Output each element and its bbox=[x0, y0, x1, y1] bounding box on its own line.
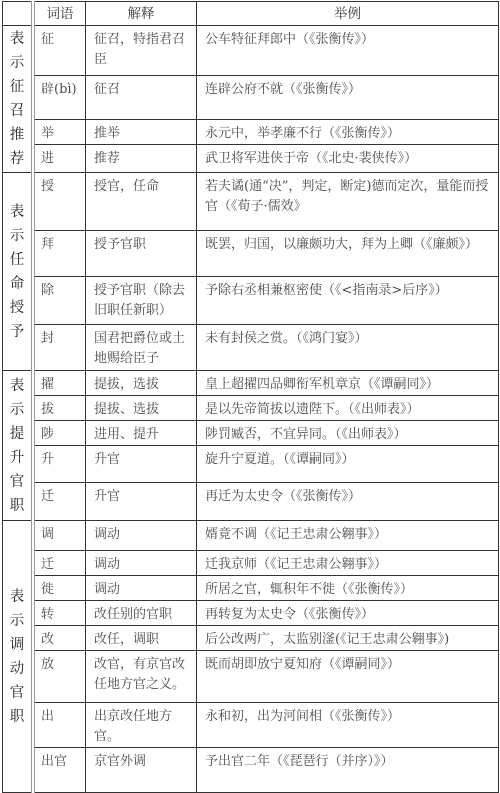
explanation-cell: 京官外调 bbox=[86, 748, 197, 766]
table-row: 进推荐武卫将军进侠于帝（《北史·裴侠传》） bbox=[3, 145, 499, 173]
category-label: 表示调动官职 bbox=[9, 585, 25, 729]
explanation-cell: 改官，有京官改任地方官之义。 bbox=[86, 651, 197, 703]
table-row: 表示提升官职擢提拔，选拔皇上超擢四品卿衔军机章京（《谭嗣同》） bbox=[3, 371, 499, 396]
example-cell: 公车特征拜郎中（《张衡传》） bbox=[197, 26, 499, 76]
word-cell: 封 bbox=[33, 325, 86, 371]
example-cell: 既而胡即放宁夏知府（《谭嗣同》） bbox=[197, 651, 499, 703]
word-cell: 辟(bì) bbox=[33, 76, 86, 120]
explanation-cell: 调动 bbox=[86, 576, 197, 601]
word-cell: 除 bbox=[33, 277, 86, 325]
word-cell: 出官 bbox=[33, 748, 86, 766]
table-row: 表示任命授予授授官，任命若夫谲(通“决”，判定，断定)德而定次，量能而授官（《荀… bbox=[3, 173, 499, 231]
word-cell: 改 bbox=[33, 626, 86, 651]
category-cell: 表示提升官职 bbox=[3, 371, 34, 521]
header-example: 举例 bbox=[197, 2, 499, 26]
example-cell: 既罢，归国，以廉颇功大，拜为上卿（《廉颇》） bbox=[197, 231, 499, 277]
word-cell: 转 bbox=[33, 601, 86, 626]
category-cell: 表示调动官职 bbox=[3, 521, 34, 766]
header-category bbox=[3, 2, 34, 26]
example-cell: 再转复为太史令（《张衡传》） bbox=[197, 601, 499, 626]
table-row: 升升官旋升宁夏道。（《谭嗣同》） bbox=[3, 446, 499, 483]
explanation-cell: 改任，调职 bbox=[86, 626, 197, 651]
word-cell: 徙 bbox=[33, 576, 86, 601]
example-cell: 予除右丞相兼枢密使（《<指南录>后序》） bbox=[197, 277, 499, 325]
word-cell: 调 bbox=[33, 521, 86, 551]
example-cell: 永和初，出为河间相（《张衡传》） bbox=[197, 703, 499, 748]
header-word: 词语 bbox=[33, 2, 86, 26]
example-cell: 迁我京师（《记王忠肃公翱事》） bbox=[197, 551, 499, 576]
table-row: 转改任别的官职再转复为太史令（《张衡传》） bbox=[3, 601, 499, 626]
word-cell: 拜 bbox=[33, 231, 86, 277]
example-cell: 未有封侯之赏。（《鸿门宴》） bbox=[197, 325, 499, 371]
table-row: 除授予官职（除去旧职任新职）予除右丞相兼枢密使（《<指南录>后序》） bbox=[3, 277, 499, 325]
explanation-cell: 国君把爵位或土地赐给臣子 bbox=[86, 325, 197, 371]
vocabulary-table: 词语 解释 举例 表示征召推荐征征召，特指君召臣公车特征拜郎中（《张衡传》）辟(… bbox=[2, 1, 499, 765]
example-cell: 旋升宁夏道。（《谭嗣同》） bbox=[197, 446, 499, 483]
word-cell: 升 bbox=[33, 446, 86, 483]
table-row: 迁升官再迁为太史令（《张衡传》） bbox=[3, 483, 499, 521]
example-cell: 予出官二年（《琵琶行（并序）》） bbox=[197, 748, 499, 766]
table-row: 表示调动官职调调动婿竟不调（《记王忠肃公翱事》） bbox=[3, 521, 499, 551]
explanation-cell: 征召，特指君召臣 bbox=[86, 26, 197, 76]
table-row: 拜授予官职既罢，归国，以廉颇功大，拜为上卿（《廉颇》） bbox=[3, 231, 499, 277]
table-row: 放改官，有京官改任地方官之义。既而胡即放宁夏知府（《谭嗣同》） bbox=[3, 651, 499, 703]
example-cell: 若夫谲(通“决”，判定，断定)德而定次，量能而授官（《荀子·儒效》 bbox=[197, 173, 499, 231]
table-row: 表示征召推荐征征召，特指君召臣公车特征拜郎中（《张衡传》） bbox=[3, 26, 499, 76]
example-cell: 是以先帝简拔以遗陛下。（《出师表》） bbox=[197, 396, 499, 421]
category-cell: 表示任命授予 bbox=[3, 173, 34, 371]
table-row: 拔提拔、选拔是以先帝简拔以遗陛下。（《出师表》） bbox=[3, 396, 499, 421]
table-row: 出出京改任地方官。永和初，出为河间相（《张衡传》） bbox=[3, 703, 499, 748]
example-cell: 武卫将军进侠于帝（《北史·裴侠传》） bbox=[197, 145, 499, 173]
word-cell: 授 bbox=[33, 173, 86, 231]
example-cell: 所居之官，辄积年不徙（《张衡传》） bbox=[197, 576, 499, 601]
category-label: 表示征召推荐 bbox=[9, 27, 25, 171]
table-row: 出官京官外调予出官二年（《琵琶行（并序）》） bbox=[3, 748, 499, 766]
explanation-cell: 授予官职 bbox=[86, 231, 197, 277]
example-cell: 再迁为太史令（《张衡传》） bbox=[197, 483, 499, 521]
word-cell: 放 bbox=[33, 651, 86, 703]
example-cell: 永元中，举孝廉不行（《张衡传》） bbox=[197, 120, 499, 145]
explanation-cell: 改任别的官职 bbox=[86, 601, 197, 626]
explanation-cell: 推举 bbox=[86, 120, 197, 145]
explanation-cell: 升官 bbox=[86, 483, 197, 521]
word-cell: 迁 bbox=[33, 483, 86, 521]
header-explanation: 解释 bbox=[86, 2, 197, 26]
word-cell: 举 bbox=[33, 120, 86, 145]
example-cell: 皇上超擢四品卿衔军机章京（《谭嗣同》） bbox=[197, 371, 499, 396]
word-cell: 擢 bbox=[33, 371, 86, 396]
explanation-cell: 调动 bbox=[86, 551, 197, 576]
explanation-cell: 征召 bbox=[86, 76, 197, 120]
explanation-cell: 推荐 bbox=[86, 145, 197, 173]
word-cell: 出 bbox=[33, 703, 86, 748]
table-row: 徙调动所居之官，辄积年不徙（《张衡传》） bbox=[3, 576, 499, 601]
word-cell: 迁 bbox=[33, 551, 86, 576]
table-row: 陟进用、提升陟罚臧否，不宜异同。（《出师表》） bbox=[3, 421, 499, 446]
table-row: 改改任，调职后公改两广，太监别滏(《记王忠肃公翱事》) bbox=[3, 626, 499, 651]
example-cell: 陟罚臧否，不宜异同。（《出师表》） bbox=[197, 421, 499, 446]
category-label: 表示提升官职 bbox=[9, 374, 25, 518]
explanation-cell: 提拔、选拔 bbox=[86, 396, 197, 421]
example-cell: 后公改两广，太监别滏(《记王忠肃公翱事》) bbox=[197, 626, 499, 651]
table-row: 迁调动迁我京师（《记王忠肃公翱事》） bbox=[3, 551, 499, 576]
explanation-cell: 授官，任命 bbox=[86, 173, 197, 231]
explanation-cell: 出京改任地方官。 bbox=[86, 703, 197, 748]
word-cell: 拔 bbox=[33, 396, 86, 421]
table-row: 举推举永元中，举孝廉不行（《张衡传》） bbox=[3, 120, 499, 145]
word-cell: 征 bbox=[33, 26, 86, 76]
explanation-cell: 调动 bbox=[86, 521, 197, 551]
table-row: 封国君把爵位或土地赐给臣子未有封侯之赏。（《鸿门宴》） bbox=[3, 325, 499, 371]
example-cell: 连辟公府不就（《张衡传》） bbox=[197, 76, 499, 120]
category-cell: 表示征召推荐 bbox=[3, 26, 34, 173]
explanation-cell: 升官 bbox=[86, 446, 197, 483]
table-row: 辟(bì)征召连辟公府不就（《张衡传》） bbox=[3, 76, 499, 120]
word-cell: 陟 bbox=[33, 421, 86, 446]
explanation-cell: 授予官职（除去旧职任新职） bbox=[86, 277, 197, 325]
example-cell: 婿竟不调（《记王忠肃公翱事》） bbox=[197, 521, 499, 551]
explanation-cell: 进用、提升 bbox=[86, 421, 197, 446]
header-row: 词语 解释 举例 bbox=[3, 2, 499, 26]
category-label: 表示任命授予 bbox=[9, 200, 25, 344]
explanation-cell: 提拔，选拔 bbox=[86, 371, 197, 396]
word-cell: 进 bbox=[33, 145, 86, 173]
